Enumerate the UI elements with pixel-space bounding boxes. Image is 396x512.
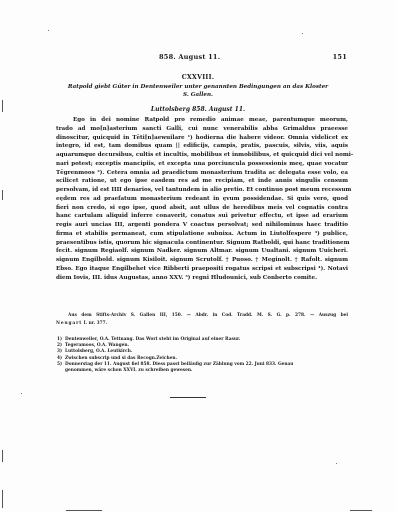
charter-text: Ego in dei nomine Ratpold pro remedio an… — [56, 116, 348, 282]
text-line: Ego in dei nomine Ratpold pro remedio an… — [56, 116, 348, 125]
footnote-text: Luttolsberg, O.A. Leutkirch. — [65, 349, 132, 354]
footnote-text: Tegeramoos, O.A. Wangen. — [65, 343, 129, 348]
footnote-text: genommen, wäre schon XXVI. zu schreiben … — [65, 368, 192, 373]
source-note-line: Neugart I. nr. 377. — [56, 320, 348, 328]
text-line: scilicet ratione, ut ego ipse easdem res… — [56, 177, 348, 186]
page-number: 151 — [333, 53, 347, 61]
text-line: integro, id est, tam domibus quam || edi… — [56, 142, 348, 151]
scan-edge-mark — [350, 510, 372, 511]
footnotes: 1)Dentenweiler, O.A. Tettnang. Das Wort … — [57, 337, 347, 374]
text-line: fieri non credo, si ego ipse, quod absit… — [56, 204, 348, 213]
footnote-number: 5) — [57, 362, 65, 368]
running-head: 858. August 11. 151 — [55, 53, 347, 63]
text-line: Ebso. Ego itaque Engilbehet vice Ribbert… — [56, 265, 348, 274]
footnote-text: Donnerstag der 11. August fiel 858. Dies… — [65, 362, 293, 367]
source-reference: I. nr. 377. — [82, 321, 107, 326]
text-line: signum Engilbold. signum Kisiloit. signu… — [56, 256, 348, 265]
document-title-line: S. Gallen. — [58, 91, 338, 99]
scan-edge-mark — [66, 510, 102, 511]
scanned-page: 858. August 11. 151 CXXVIII. Ratpold gie… — [0, 0, 396, 512]
text-line: regis auri uncias III, argenti pondera V… — [56, 221, 348, 230]
text-line: praesentibus istis, quorum hic signacula… — [56, 239, 348, 248]
text-line: trado ad mo[n]asterium sancti Galli, cui… — [56, 125, 348, 134]
scan-speck — [21, 393, 22, 394]
source-note: Aus dem Stifts-Archiv S. Gallen III, 150… — [56, 312, 348, 328]
text-line: firma et stabilis permaneat, cum stipula… — [56, 230, 348, 239]
footnote-text: Dentenweiler, O.A. Tettnang. Das Wort st… — [65, 337, 240, 342]
place-and-date: Luttolsberg 858. August 11. — [0, 106, 396, 113]
footnote-text: Zwischen subscrip und si das Recogn.Zeic… — [65, 356, 177, 361]
scan-speck — [302, 33, 303, 34]
document-title-line: Ratpold giebt Güter in Dentenweiler unte… — [58, 83, 338, 91]
text-line: diem Iovis, III. idus Augustas, anno XXV… — [56, 274, 348, 283]
text-line: fecit. signum Regiaolf. signum Nadker. s… — [56, 247, 348, 256]
footnote-continuation: genommen, wäre schon XXVI. zu schreiben … — [57, 368, 347, 374]
text-line: nari potest; exceptis mancipiis, et exce… — [56, 160, 348, 169]
section-divider — [170, 397, 206, 398]
source-author: Neugart — [56, 321, 82, 326]
scan-speck — [48, 30, 49, 31]
scan-edge-mark — [2, 450, 3, 462]
text-line: eędem res ad praefatum monasterium redea… — [56, 195, 348, 204]
scan-speck — [336, 463, 337, 464]
document-title: Ratpold giebt Güter in Dentenweiler unte… — [58, 83, 338, 100]
text-line: aquarumque decursibus, cultis et inculti… — [56, 151, 348, 160]
text-line: persolvam, id est IIII denarios, vel tan… — [56, 186, 348, 195]
text-line: dinoscitur, quicquid in Tēti[n]aewuilare… — [56, 134, 348, 143]
text-line: hanc cartulam aliquid inferre conaverit,… — [56, 212, 348, 221]
scan-edge-mark — [2, 190, 3, 200]
text-line: Tēgrenmoos ²). Cetera omnia ad praedictu… — [56, 169, 348, 178]
document-number: CXXVIII. — [0, 74, 396, 81]
source-note-line: Aus dem Stifts-Archiv S. Gallen III, 150… — [56, 312, 348, 320]
running-head-date: 858. August 11. — [159, 53, 220, 61]
scan-edge-mark — [2, 490, 3, 508]
